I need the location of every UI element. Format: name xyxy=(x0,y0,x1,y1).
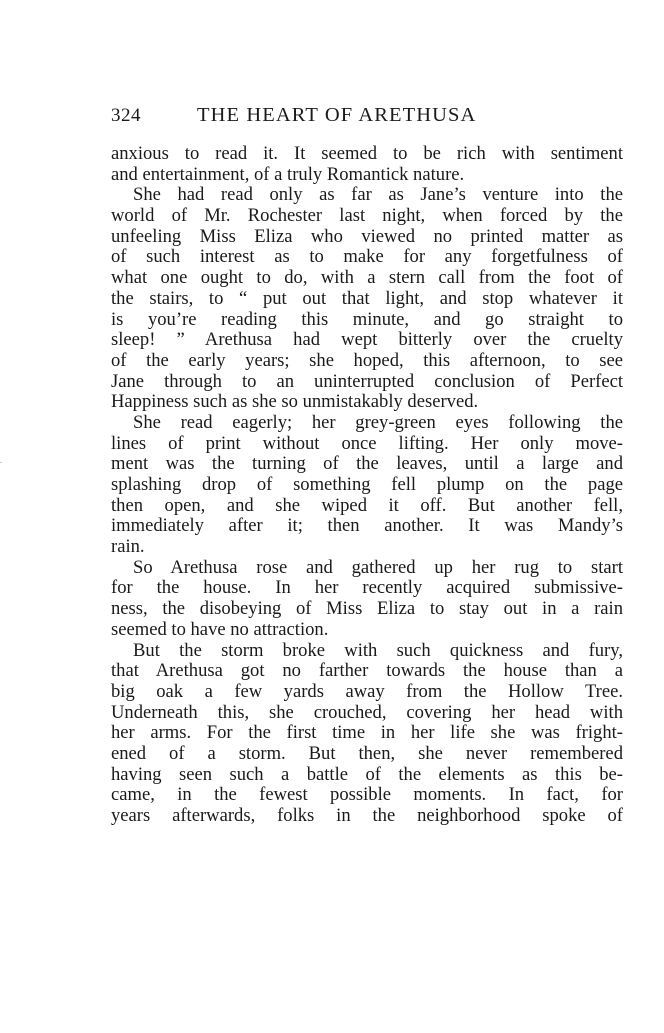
paragraph-start-line: So Arethusa rose and gathered up her rug… xyxy=(111,558,623,579)
text-line: that Arethusa got no farther towards the… xyxy=(111,661,623,682)
text-line: rain. xyxy=(111,537,623,558)
text-line: anxious to read it. It seemed to be rich… xyxy=(111,144,623,165)
text-line: Underneath this, she crouched, covering … xyxy=(111,703,623,724)
text-line: lines of print without once lifting. Her… xyxy=(111,434,623,455)
page-number: 324 xyxy=(111,105,197,127)
text-line: unfeeling Miss Eliza who viewed no print… xyxy=(111,227,623,248)
text-line: immediately after it; then another. It w… xyxy=(111,516,623,537)
paragraph-start-line: But the storm broke with such quickness … xyxy=(111,641,623,662)
text-line: ness, the disobeying of Miss Eliza to st… xyxy=(111,599,623,620)
text-line: and entertainment, of a truly Romantick … xyxy=(111,165,623,186)
text-line: big oak a few yards away from the Hollow… xyxy=(111,682,623,703)
text-line: of the early years; she hoped, this afte… xyxy=(111,351,623,372)
running-title: THE HEART OF ARETHUSA xyxy=(197,104,476,127)
text-line: what one ought to do, with a stern call … xyxy=(111,268,623,289)
running-head: 324 THE HEART OF ARETHUSA xyxy=(111,104,623,138)
text-line: the stairs, to “ put out that light, and… xyxy=(111,289,623,310)
text-line: world of Mr. Rochester last night, when … xyxy=(111,206,623,227)
paragraph-start-line: She had read only as far as Jane’s ventu… xyxy=(111,185,623,206)
text-line: ened of a storm. But then, she never rem… xyxy=(111,744,623,765)
text-line: years afterwards, folks in the neighborh… xyxy=(111,806,623,827)
text-line: Happiness such as she so unmistakably de… xyxy=(111,392,623,413)
text-line: is you’re reading this minute, and go st… xyxy=(111,310,623,331)
book-page: 324 THE HEART OF ARETHUSA anxious to rea… xyxy=(111,104,623,827)
text-line: splashing drop of something fell plump o… xyxy=(111,475,623,496)
paragraph-start-line: She read eagerly; her grey-green eyes fo… xyxy=(111,413,623,434)
text-line: for the house. In her recently acquired … xyxy=(111,578,623,599)
text-line: then open, and she wiped it off. But ano… xyxy=(111,496,623,517)
scan-speck xyxy=(0,462,2,463)
text-line: Jane through to an uninterrupted conclus… xyxy=(111,372,623,393)
text-line: having seen such a battle of the element… xyxy=(111,765,623,786)
text-line: her arms. For the first time in her life… xyxy=(111,723,623,744)
text-line: of such interest as to make for any forg… xyxy=(111,247,623,268)
text-line: came, in the fewest possible moments. In… xyxy=(111,785,623,806)
text-line: ment was the turning of the leaves, unti… xyxy=(111,454,623,475)
text-line: seemed to have no attraction. xyxy=(111,620,623,641)
text-line: sleep! ” Arethusa had wept bitterly over… xyxy=(111,330,623,351)
body-text: anxious to read it. It seemed to be rich… xyxy=(111,144,623,827)
